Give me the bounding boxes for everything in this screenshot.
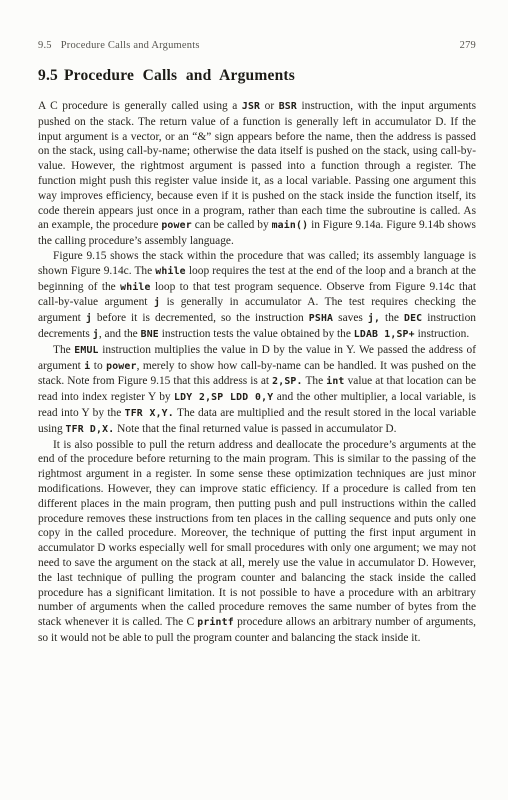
paragraph: It is also possible to pull the return a… xyxy=(38,438,476,646)
text-run: instruction. xyxy=(415,328,469,340)
text-run: Note that the final returned value is pa… xyxy=(114,423,396,435)
inline-code: BSR xyxy=(279,101,297,112)
paragraph: Figure 9.15 shows the stack within the p… xyxy=(38,249,476,343)
inline-code: power xyxy=(161,220,192,231)
inline-code: PSHA xyxy=(309,313,333,324)
body-text: A C procedure is generally called using … xyxy=(38,99,476,646)
text-run: A C procedure is generally called using … xyxy=(38,100,242,112)
inline-code: power xyxy=(106,361,137,372)
text-run: saves xyxy=(333,312,368,324)
running-header: 9.5Procedure Calls and Arguments 279 xyxy=(38,40,476,51)
inline-code: j, xyxy=(368,313,380,324)
inline-code: BNE xyxy=(141,329,159,340)
running-title: Procedure Calls and Arguments xyxy=(61,40,200,51)
inline-code: DEC xyxy=(404,313,422,324)
section-heading-title: Procedure Calls and Arguments xyxy=(64,67,295,84)
text-run: instruction tests the value obtained by … xyxy=(159,328,354,340)
inline-code: int xyxy=(326,376,344,387)
section-heading: 9.5Procedure Calls and Arguments xyxy=(38,67,476,85)
inline-code: JSR xyxy=(242,101,260,112)
text-run: instruction, with the input arguments pu… xyxy=(38,100,476,231)
inline-code: LDY 2,SP LDD 0,Y xyxy=(174,392,273,403)
text-run: before it is decremented, so the instruc… xyxy=(92,312,309,324)
text-run: The xyxy=(303,375,327,387)
book-page: 9.5Procedure Calls and Arguments 279 9.5… xyxy=(0,0,508,800)
paragraph: The EMUL instruction multiplies the valu… xyxy=(38,343,476,438)
text-run: It is also possible to pull the return a… xyxy=(38,439,476,629)
inline-code: LDAB 1,SP+ xyxy=(354,329,415,340)
text-run: , and the xyxy=(99,328,141,340)
section-heading-number: 9.5 xyxy=(38,67,58,84)
page-number: 279 xyxy=(460,40,476,51)
text-run: can be called by xyxy=(192,219,272,231)
inline-code: main() xyxy=(272,220,309,231)
text-run: or xyxy=(260,100,279,112)
paragraph: A C procedure is generally called using … xyxy=(38,99,476,249)
text-run: the xyxy=(380,312,404,324)
running-section-number: 9.5 xyxy=(38,40,52,51)
inline-code: while xyxy=(120,282,151,293)
running-header-left: 9.5Procedure Calls and Arguments xyxy=(38,40,200,51)
inline-code: printf xyxy=(197,617,234,628)
inline-code: while xyxy=(155,266,186,277)
inline-code: 2,SP. xyxy=(272,376,303,387)
text-run: to xyxy=(90,360,106,372)
inline-code: EMUL xyxy=(74,345,98,356)
text-run: The xyxy=(53,344,74,356)
inline-code: TFR X,Y. xyxy=(125,408,174,419)
inline-code: TFR D,X. xyxy=(66,424,115,435)
